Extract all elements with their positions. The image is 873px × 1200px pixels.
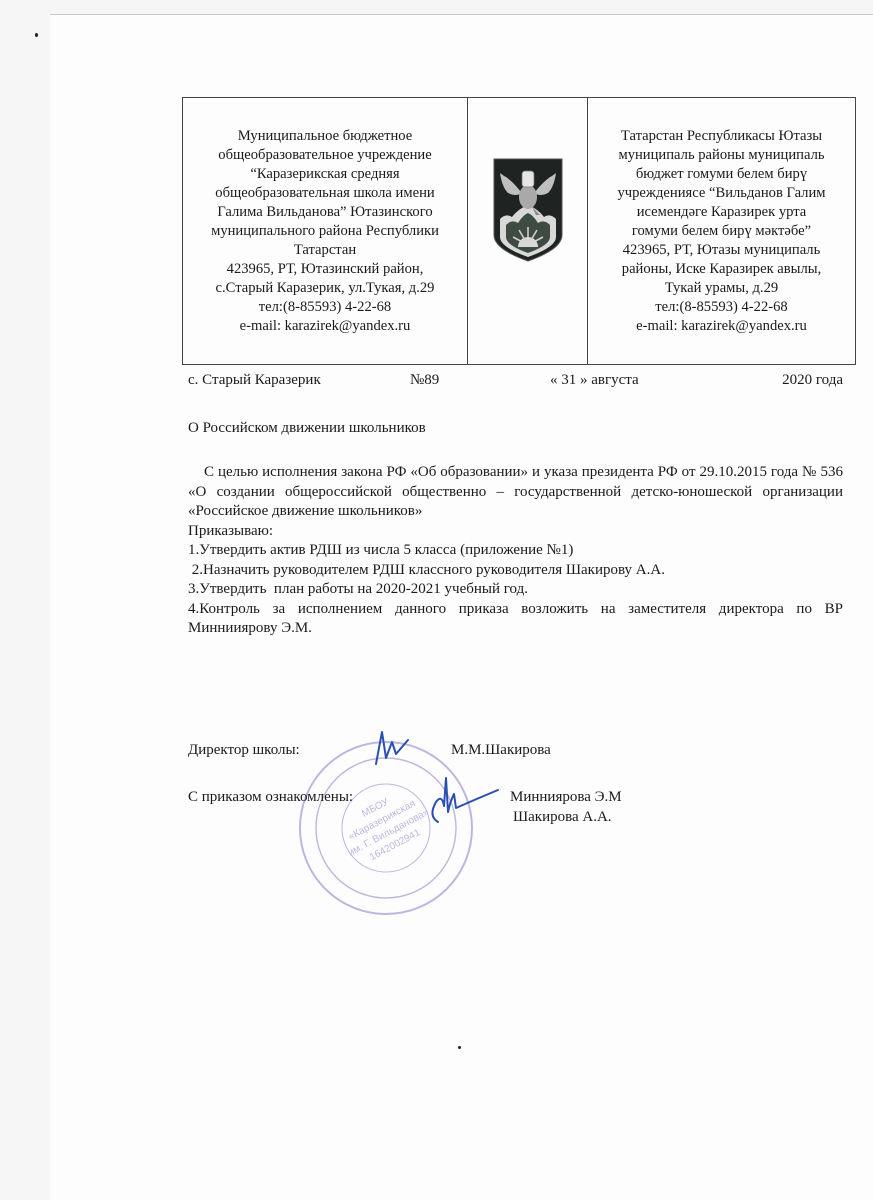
acknowledgement-signature xyxy=(424,772,504,828)
letterhead-line: “Каразерикская средняя xyxy=(185,165,465,184)
letterhead-email: e-mail: karazirek@yandex.ru xyxy=(590,317,853,336)
letterhead-table: Муниципальное бюджетное общеобразователь… xyxy=(182,97,856,365)
acknowledged-label: С приказом ознакомлены: xyxy=(188,789,353,806)
order-place: с. Старый Каразерик xyxy=(188,372,321,389)
letterhead-emblem-cell xyxy=(468,98,588,365)
coat-of-arms-icon xyxy=(492,157,564,265)
order-year: 2020 года xyxy=(782,372,843,389)
letterhead-line: учреждениясе “Вильданов Галим xyxy=(590,184,853,203)
letterhead-line: Татарстан Республикасы Ютазы xyxy=(590,127,853,146)
director-label: Директор школы: xyxy=(188,742,300,759)
acknowledged-name: Минниярова Э.М xyxy=(510,789,622,806)
scan-speck xyxy=(35,33,38,37)
letterhead-line: с.Старый Каразерик, ул.Тукая, д.29 xyxy=(185,279,465,298)
acknowledged-name: Шакирова А.А. xyxy=(513,809,612,826)
director-name: М.М.Шакирова xyxy=(451,742,551,759)
letterhead-line: 423965, РТ, Ютазинский район, xyxy=(185,260,465,279)
letterhead-line: исемендәге Каразирек урта xyxy=(590,203,853,222)
letterhead-russian: Муниципальное бюджетное общеобразователь… xyxy=(183,98,468,365)
letterhead-line: муниципального района Республики xyxy=(185,222,465,241)
order-item: 3.Утвердить план работы на 2020-2021 уче… xyxy=(188,580,843,600)
order-heading: Приказываю: xyxy=(188,522,843,542)
letterhead-line: Муниципальное бюджетное xyxy=(185,127,465,146)
letterhead-line: тел:(8-85593) 4-22-68 xyxy=(590,298,853,317)
letterhead-line: тел:(8-85593) 4-22-68 xyxy=(185,298,465,317)
order-item: 4.Контроль за исполнением данного приказ… xyxy=(188,600,843,639)
order-preamble: С целью исполнения закона РФ «Об образов… xyxy=(188,463,843,522)
letterhead-line: Татарстан xyxy=(185,241,465,260)
director-signature xyxy=(372,728,412,768)
letterhead-line: Галима Вильданова” Ютазинского xyxy=(185,203,465,222)
letterhead-line: 423965, РТ, Ютазы муниципаль xyxy=(590,241,853,260)
order-date: « 31 » августа xyxy=(550,372,639,389)
order-item: 1.Утвердить актив РДШ из числа 5 класса … xyxy=(188,541,843,561)
scan-speck xyxy=(458,1046,461,1049)
letterhead-line: общеобразовательное учреждение xyxy=(185,146,465,165)
letterhead-line: Тукай урамы, д.29 xyxy=(590,279,853,298)
letterhead-line: гомуми белем бирү мәктәбе” xyxy=(590,222,853,241)
letterhead-line: муниципаль районы муниципаль xyxy=(590,146,853,165)
letterhead-line: бюджет гомуми белем бирү xyxy=(590,165,853,184)
order-subject: О Российском движении школьников xyxy=(188,420,426,437)
order-body: С целью исполнения закона РФ «Об образов… xyxy=(188,463,843,639)
order-meta-row: с. Старый Каразерик №89 « 31 » августа 2… xyxy=(188,372,843,392)
letterhead-email: e-mail: karazirek@yandex.ru xyxy=(185,317,465,336)
letterhead-line: районы, Иске Каразирек авылы, xyxy=(590,260,853,279)
order-number: №89 xyxy=(410,372,439,389)
letterhead-line: общеобразовательная школа имени xyxy=(185,184,465,203)
letterhead-tatar: Татарстан Республикасы Ютазы муниципаль … xyxy=(588,98,856,365)
order-item: 2.Назначить руководителем РДШ классного … xyxy=(188,561,843,581)
